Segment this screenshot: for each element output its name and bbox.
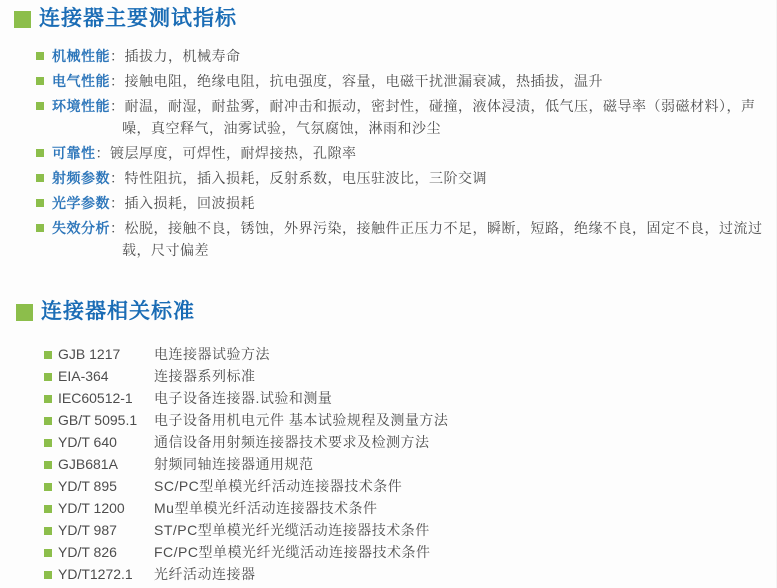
standard-name: 电连接器试验方法: [154, 347, 766, 362]
spec-colon: ：: [110, 220, 125, 236]
standard-row-gjb-1217: GJB 1217电连接器试验方法: [44, 347, 766, 362]
standard-name: Mu型单模光纤活动连接器技术条件: [154, 501, 766, 516]
standard-name: 连接器系列标准: [154, 369, 766, 384]
spec-label: 失效分析: [52, 220, 110, 236]
bullet-icon: [44, 373, 52, 381]
standard-code: GJB681A: [58, 457, 154, 472]
standard-code: YD/T 640: [58, 435, 154, 450]
bullet-icon: [44, 395, 52, 403]
spec-label: 光学参数: [52, 195, 110, 211]
spec-text: 插入损耗，回波损耗: [125, 195, 256, 211]
list-item-optical-parameters: 光学参数：插入损耗，回波损耗: [52, 192, 766, 214]
spec-text: 插拔力，机械寿命: [125, 48, 241, 64]
bullet-icon: [44, 527, 52, 535]
bullet-icon: [44, 417, 52, 425]
standards-list: GJB 1217电连接器试验方法 EIA-364连接器系列标准 IEC60512…: [14, 347, 766, 582]
standard-row-ydt-895: YD/T 895SC/PC型单模光纤活动连接器技术条件: [44, 479, 766, 494]
standard-code: IEC60512-1: [58, 391, 154, 406]
spec-label: 可靠性: [52, 145, 96, 161]
bullet-icon: [44, 483, 52, 491]
list-item-reliability: 可靠性：镀层厚度，可焊性，耐焊接热，孔隙率: [52, 142, 766, 164]
list-item-rf-parameters: 射频参数：特性阻抗，插入损耗，反射系数，电压驻波比，三阶交调: [52, 167, 766, 189]
spec-colon: ：: [110, 195, 125, 211]
standard-row-ydt-987: YD/T 987ST/PC型单模光纤光缆活动连接器技术条件: [44, 523, 766, 538]
section-title-text: 连接器主要测试指标: [39, 6, 237, 32]
standard-name: ST/PC型单模光纤光缆活动连接器技术条件: [154, 523, 766, 538]
standard-code: GJB 1217: [58, 347, 154, 362]
list-item-mechanical: 机械性能：插拔力，机械寿命: [52, 45, 766, 67]
section-title-text: 连接器相关标准: [41, 299, 195, 325]
bullet-icon: [36, 174, 44, 182]
bullet-icon: [36, 224, 44, 232]
standard-row-ydt1272-1: YD/T1272.1光纤活动连接器: [44, 567, 766, 582]
spec-colon: ：: [110, 170, 125, 186]
standard-row-ydt-640: YD/T 640通信设备用射频连接器技术要求及检测方法: [44, 435, 766, 450]
standard-row-eia-364: EIA-364连接器系列标准: [44, 369, 766, 384]
spec-label: 环境性能: [52, 98, 110, 114]
bullet-icon: [44, 571, 52, 579]
spec-colon: ：: [110, 48, 125, 64]
standard-code: YD/T 826: [58, 545, 154, 560]
standard-code: GB/T 5095.1: [58, 413, 154, 428]
spec-label: 机械性能: [52, 48, 110, 64]
green-square-icon: [14, 11, 31, 28]
spec-label: 射频参数: [52, 170, 110, 186]
spec-label: 电气性能: [52, 73, 110, 89]
standard-code: YD/T 987: [58, 523, 154, 538]
standard-code: EIA-364: [58, 369, 154, 384]
bullet-icon: [44, 351, 52, 359]
spec-list: 机械性能：插拔力，机械寿命 电气性能：接触电阻，绝缘电阻，抗电强度，容量，电磁干…: [14, 45, 766, 261]
list-item-electrical: 电气性能：接触电阻，绝缘电阻，抗电强度，容量，电磁干扰泄漏衰减，热插拔，温升: [52, 70, 766, 92]
bullet-icon: [36, 149, 44, 157]
standard-row-gjb681a: GJB681A射频同轴连接器通用规范: [44, 457, 766, 472]
bullet-icon: [44, 505, 52, 513]
standard-row-gbt-5095-1: GB/T 5095.1电子设备用机电元件 基本试验规程及测量方法: [44, 413, 766, 428]
document-page: 连接器主要测试指标 机械性能：插拔力，机械寿命 电气性能：接触电阻，绝缘电阻，抗…: [0, 0, 776, 582]
bullet-icon: [36, 77, 44, 85]
bullet-icon: [44, 461, 52, 469]
spec-text: 松脱，接触不良，锈蚀，外界污染，接触件正压力不足，瞬断，短路，绝缘不良，固定不良…: [122, 220, 763, 258]
section-title-related-standards: 连接器相关标准: [16, 299, 766, 325]
standard-row-ydt-826: YD/T 826FC/PC型单模光纤光缆活动连接器技术条件: [44, 545, 766, 560]
spec-text: 接触电阻，绝缘电阻，抗电强度，容量，电磁干扰泄漏衰减，热插拔，温升: [125, 73, 604, 89]
bullet-icon: [36, 52, 44, 60]
standard-name: 射频同轴连接器通用规范: [154, 457, 766, 472]
spec-text: 镀层厚度，可焊性，耐焊接热，孔隙率: [110, 145, 357, 161]
list-item-environmental: 环境性能：耐温，耐湿，耐盐雾，耐冲击和振动，密封性，碰撞，液体浸渍，低气压，磁导…: [52, 95, 766, 139]
spec-text: 特性阻抗，插入损耗，反射系数，电压驻波比，三阶交调: [125, 170, 488, 186]
standard-name: 光纤活动连接器: [154, 567, 766, 582]
standard-name: 电子设备连接器.试验和测量: [154, 391, 766, 406]
bullet-icon: [44, 439, 52, 447]
bullet-icon: [44, 549, 52, 557]
spec-colon: ：: [96, 145, 111, 161]
standard-name: SC/PC型单模光纤活动连接器技术条件: [154, 479, 766, 494]
section-title-test-indicators: 连接器主要测试指标: [14, 6, 766, 32]
standard-name: FC/PC型单模光纤光缆活动连接器技术条件: [154, 545, 766, 560]
bullet-icon: [36, 199, 44, 207]
standard-row-iec60512-1: IEC60512-1电子设备连接器.试验和测量: [44, 391, 766, 406]
spec-text: 耐温，耐湿，耐盐雾，耐冲击和振动，密封性，碰撞，液体浸渍，低气压，磁导率（弱磁材…: [122, 98, 756, 136]
standard-code: YD/T 895: [58, 479, 154, 494]
list-item-failure-analysis: 失效分析：松脱，接触不良，锈蚀，外界污染，接触件正压力不足，瞬断，短路，绝缘不良…: [52, 217, 766, 261]
standard-name: 电子设备用机电元件 基本试验规程及测量方法: [154, 413, 766, 428]
standard-name: 通信设备用射频连接器技术要求及检测方法: [154, 435, 766, 450]
bullet-icon: [36, 102, 44, 110]
spec-colon: ：: [110, 98, 125, 114]
green-square-icon: [16, 304, 33, 321]
standard-code: YD/T1272.1: [58, 567, 154, 582]
standard-row-ydt-1200: YD/T 1200Mu型单模光纤活动连接器技术条件: [44, 501, 766, 516]
spec-colon: ：: [110, 73, 125, 89]
standard-code: YD/T 1200: [58, 501, 154, 516]
